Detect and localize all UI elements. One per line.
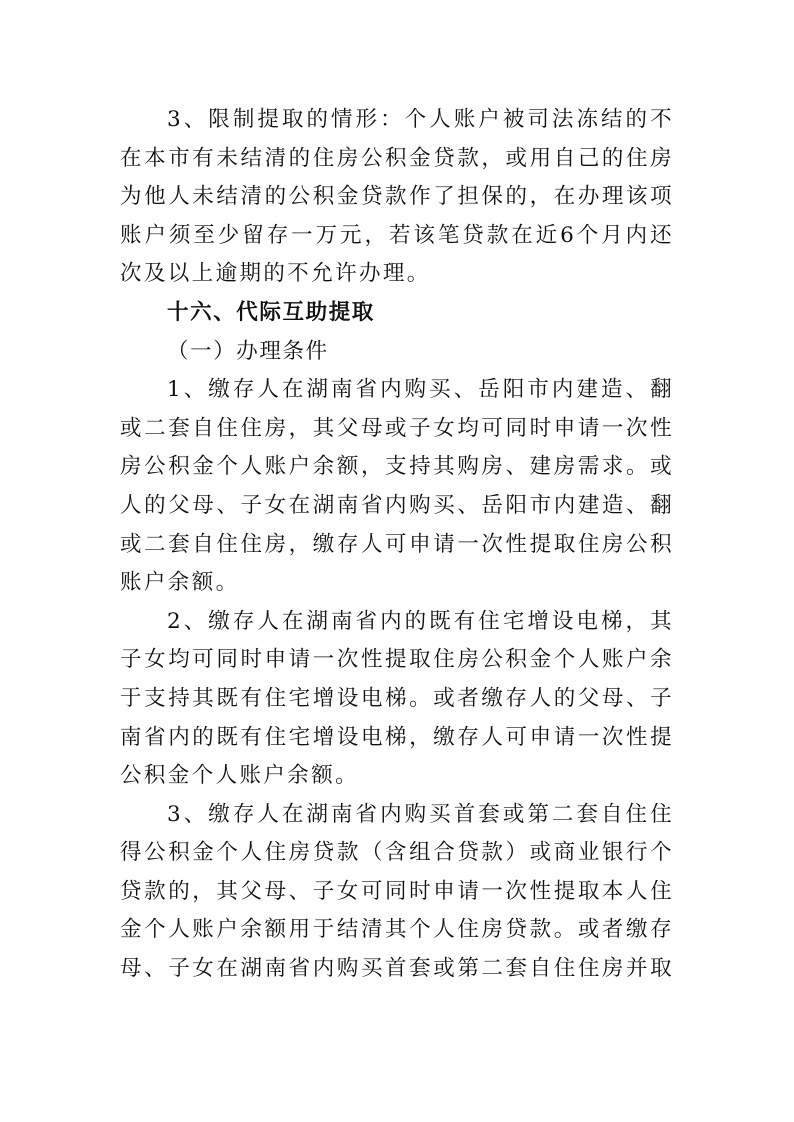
paragraph-line: 于支持其既有住宅增设电梯。或者缴存人的父母、子女在湖	[120, 680, 674, 719]
document-page: 3、限制提取的情形：个人账户被司法冻结的不能办理； 在本市有未结清的住房公积金贷…	[120, 101, 674, 989]
paragraph-line: 2、缴存人在湖南省内的既有住宅增设电梯，其父母或	[120, 603, 674, 642]
paragraph-line: 1、缴存人在湖南省内购买、岳阳市内建造、翻建首套	[120, 371, 674, 410]
paragraph-line: 账户余额。	[120, 564, 674, 603]
paragraph-line: 得公积金个人住房贷款（含组合贷款）或商业银行个人住房	[120, 834, 674, 873]
paragraph-line: 公积金个人账户余额。	[120, 757, 674, 796]
paragraph-line: 金个人账户余额用于结清其个人住房贷款。或者缴存人父	[120, 911, 674, 950]
paragraph-line: 3、缴存人在湖南省内购买首套或第二套自住住房并取	[120, 796, 674, 835]
paragraph-line: 或二套自住住房，缴存人可申请一次性提取住房公积金个人	[120, 526, 674, 565]
paragraph-line: 3、限制提取的情形：个人账户被司法冻结的不能办理；	[120, 101, 674, 140]
paragraph-line: 人的父母、子女在湖南省内购买、岳阳市内建造、翻建首套	[120, 487, 674, 526]
section-heading: 十六、代际互助提取	[120, 294, 674, 333]
paragraph-line: 南省内的既有住宅增设电梯，缴存人可申请一次性提取住房	[120, 719, 674, 758]
paragraph-line: 为他人未结清的公积金贷款作了担保的，在办理该项提取时	[120, 178, 674, 217]
paragraph-line: 次及以上逾期的不允许办理。	[120, 255, 674, 294]
paragraph-line: 账户须至少留存一万元，若该笔贷款在近6个月内还款有两	[120, 217, 674, 256]
paragraph-line: 或二套自住住房，其父母或子女均可同时申请一次性提取住	[120, 410, 674, 449]
subsection-heading: （一）办理条件	[120, 333, 674, 372]
paragraph-line: 在本市有未结清的住房公积金贷款，或用自己的住房公积金	[120, 140, 674, 179]
paragraph-line: 子女均可同时申请一次性提取住房公积金个人账户余额用	[120, 641, 674, 680]
paragraph-line: 房公积金个人账户余额，支持其购房、建房需求。或者缴存	[120, 448, 674, 487]
paragraph-line: 贷款的，其父母、子女可同时申请一次性提取本人住房公积	[120, 873, 674, 912]
paragraph-line: 母、子女在湖南省内购买首套或第二套自住住房并取得公积	[120, 950, 674, 989]
